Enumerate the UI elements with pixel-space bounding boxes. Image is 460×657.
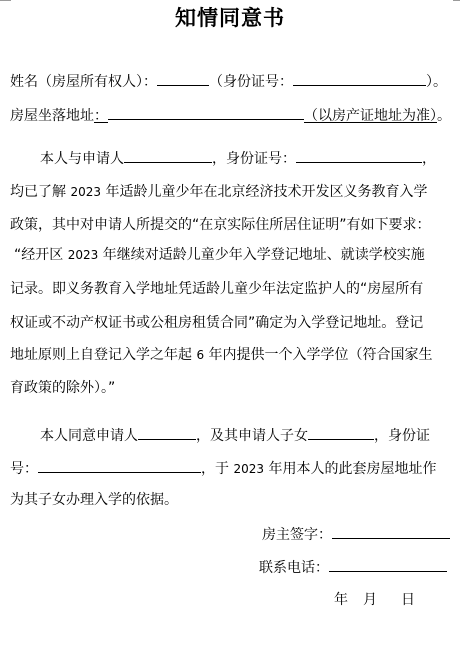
year-number: 2023	[70, 185, 101, 199]
p1-text: ，	[422, 151, 436, 167]
year-number: 2023	[68, 248, 99, 262]
child-name-field[interactable]	[308, 425, 374, 440]
p1-line3: 政策，其中对申请人所提交的“在京实际住所居住证明”有如下要求：	[10, 215, 431, 235]
year-label: 年	[334, 592, 348, 608]
p1-text: 年适龄儿童少年在北京经济技术开发区义务教育入学	[105, 184, 427, 200]
address-line: 房屋坐落地址：（以房产证地址为准）。	[10, 105, 451, 126]
owner-name-field[interactable]	[157, 71, 209, 86]
p2-text: ，于	[201, 461, 229, 477]
day-label: 日	[401, 592, 415, 608]
p2-text: ，身份证	[374, 428, 430, 444]
owner-signature-label: 房主签字：	[262, 527, 332, 543]
p1-line6: 权证或不动产权证书或公租房租赁合同”确定为入学登记地址。登记	[10, 313, 423, 333]
year-number: 2023	[233, 462, 264, 476]
month-label: 月	[363, 592, 377, 608]
owner-signature-row: 房主签字：	[262, 524, 450, 545]
p1-line4: “经开区 2023 年继续对适龄儿童少年入学登记地址、就读学校实施	[14, 245, 425, 265]
applicant-name-field[interactable]	[124, 148, 212, 163]
p1-text: 均已了解	[10, 184, 66, 200]
phone-label: 联系电话：	[259, 560, 329, 576]
p1-text: 年内提供一个入学学位（符合国家生	[209, 347, 433, 363]
p2-text: ，及其申请人子女	[196, 428, 308, 444]
address-note: （以房产证地址为准）	[304, 108, 437, 124]
p2-line2: 号：，于 2023 年用本人的此套房屋地址作	[10, 458, 436, 479]
owner-id-field[interactable]	[293, 71, 426, 86]
address-label: 房屋坐落地址	[10, 108, 94, 124]
page-corner-mark-left	[0, 0, 11, 1]
p1-line2: 均已了解 2023 年适龄儿童少年在北京经济技术开发区义务教育入学	[10, 182, 427, 202]
page-corner-mark-right	[453, 0, 460, 1]
address-field[interactable]	[108, 105, 304, 120]
address-colon: ：	[94, 108, 108, 124]
p1-text: 本人与申请人	[40, 151, 124, 167]
p2-line3: 为其子女办理入学的依据。	[10, 490, 178, 510]
p2-text: 号：	[10, 461, 38, 477]
applicant-id-field[interactable]	[296, 148, 422, 163]
owner-line-close: ）。	[426, 74, 447, 90]
p1-text: “经开区	[14, 247, 63, 263]
address-end: 。	[437, 108, 451, 124]
phone-field[interactable]	[329, 557, 447, 572]
owner-line: 姓名（房屋所有权人）：（身份证号：）。	[10, 71, 447, 92]
p1-line5: 记录。即义务教育入学地址凭适龄儿童少年法定监护人的“房屋所有	[10, 279, 423, 299]
p1-text: 地址原则上自登记入学之年起	[10, 347, 192, 363]
owner-id-label: （身份证号：	[209, 74, 293, 90]
p1-line8: 育政策的除外）。”	[10, 378, 115, 398]
owner-name-label: 姓名（房屋所有权人）：	[10, 74, 157, 90]
p2-line1: 本人同意申请人，及其申请人子女，身份证	[40, 425, 430, 446]
years-number: 6	[196, 348, 204, 362]
p1-text: ，身份证号：	[212, 151, 296, 167]
p1-line1: 本人与申请人，身份证号：，	[40, 148, 436, 169]
child-id-field[interactable]	[38, 458, 201, 473]
p1-text: 年继续对适龄儿童少年入学登记地址、就读学校实施	[103, 247, 425, 263]
phone-row: 联系电话：	[259, 557, 447, 578]
owner-signature-field[interactable]	[332, 524, 450, 539]
document-title: 知情同意书	[0, 2, 460, 34]
consent-applicant-field[interactable]	[138, 425, 196, 440]
p2-text: 本人同意申请人	[40, 428, 138, 444]
p2-text: 年用本人的此套房屋地址作	[268, 461, 436, 477]
p1-line7: 地址原则上自登记入学之年起 6 年内提供一个入学学位（符合国家生	[10, 345, 433, 365]
date-row: 年月日	[334, 590, 415, 610]
